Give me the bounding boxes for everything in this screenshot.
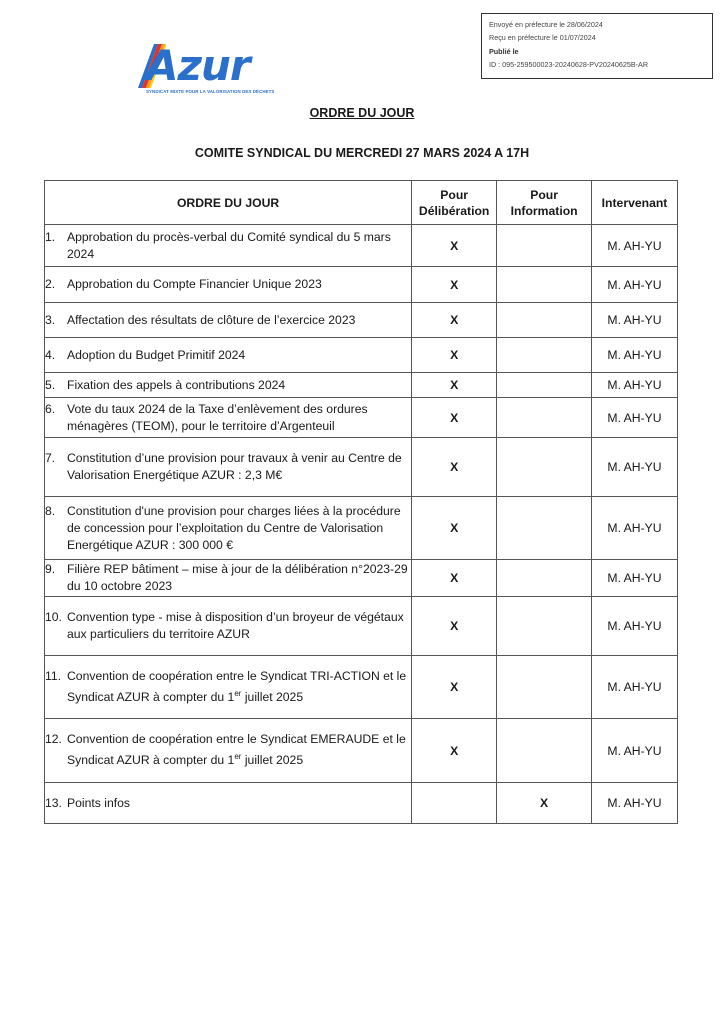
- header-agenda: ORDRE DU JOUR: [45, 181, 412, 225]
- header-information-line2: Information: [497, 203, 591, 219]
- speaker-cell: M. AH-YU: [592, 497, 678, 560]
- item-text: Convention de coopération entre le Syndi…: [67, 668, 411, 706]
- deliberation-cell: X: [412, 398, 497, 438]
- speaker-cell: M. AH-YU: [592, 373, 678, 398]
- table-row: 1.Approbation du procès-verbal du Comité…: [45, 225, 678, 267]
- item-text: Constitution d’une provision pour travau…: [67, 450, 411, 484]
- table-row: 7.Constitution d’une provision pour trav…: [45, 438, 678, 497]
- agenda-item: 8.Constitution d'une provision pour char…: [45, 497, 412, 560]
- agenda-item: 3.Affectation des résultats de clôture d…: [45, 303, 412, 338]
- speaker-cell: M. AH-YU: [592, 267, 678, 303]
- stamp-published: Publié le: [489, 45, 706, 58]
- information-cell: [497, 398, 592, 438]
- table-row: 5.Fixation des appels à contributions 20…: [45, 373, 678, 398]
- deliberation-cell: X: [412, 560, 497, 597]
- speaker-cell: M. AH-YU: [592, 783, 678, 824]
- item-text: Convention type - mise à disposition d’u…: [67, 609, 411, 643]
- speaker-cell: M. AH-YU: [592, 338, 678, 373]
- azur-logo: Azur SYNDICAT MIXTE POUR LA VALORISATION…: [136, 42, 276, 102]
- deliberation-cell: X: [412, 338, 497, 373]
- item-number: 7.: [45, 450, 67, 484]
- agenda-item: 1.Approbation du procès-verbal du Comité…: [45, 225, 412, 267]
- header-deliberation: Pour Délibération: [412, 181, 497, 225]
- information-cell: [497, 656, 592, 719]
- item-number: 10.: [45, 609, 67, 643]
- stamp-id: ID : 095-259500023-20240628-PV20240625B-…: [489, 58, 706, 71]
- table-row: 2.Approbation du Compte Financier Unique…: [45, 267, 678, 303]
- item-number: 1.: [45, 229, 67, 263]
- speaker-cell: M. AH-YU: [592, 656, 678, 719]
- speaker-cell: M. AH-YU: [592, 225, 678, 267]
- speaker-cell: M. AH-YU: [592, 438, 678, 497]
- item-number: 2.: [45, 276, 67, 293]
- item-text: Affectation des résultats de clôture de …: [67, 312, 355, 329]
- agenda-item: 10.Convention type - mise à disposition …: [45, 597, 412, 656]
- agenda-item: 2.Approbation du Compte Financier Unique…: [45, 267, 412, 303]
- deliberation-cell: X: [412, 719, 497, 783]
- item-text: Filière REP bâtiment – mise à jour de la…: [67, 561, 411, 595]
- table-row: 12.Convention de coopération entre le Sy…: [45, 719, 678, 783]
- table-row: 8.Constitution d'une provision pour char…: [45, 497, 678, 560]
- information-cell: [497, 719, 592, 783]
- agenda-item: 7.Constitution d’une provision pour trav…: [45, 438, 412, 497]
- item-number: 13.: [45, 795, 67, 812]
- agenda-item: 13.Points infos: [45, 783, 412, 824]
- information-cell: [497, 373, 592, 398]
- table-row: 11.Convention de coopération entre le Sy…: [45, 656, 678, 719]
- table-row: 6.Vote du taux 2024 de la Taxe d’enlèvem…: [45, 398, 678, 438]
- table-row: 10.Convention type - mise à disposition …: [45, 597, 678, 656]
- header-information: Pour Information: [497, 181, 592, 225]
- table-row: 13.Points infosXM. AH-YU: [45, 783, 678, 824]
- header-speaker: Intervenant: [592, 181, 678, 225]
- page-title: ORDRE DU JOUR: [0, 106, 724, 120]
- information-cell: [497, 560, 592, 597]
- table-row: 9.Filière REP bâtiment – mise à jour de …: [45, 560, 678, 597]
- item-text: Approbation du procès-verbal du Comité s…: [67, 229, 411, 263]
- information-cell: [497, 438, 592, 497]
- deliberation-cell: X: [412, 497, 497, 560]
- speaker-cell: M. AH-YU: [592, 398, 678, 438]
- meeting-subtitle: COMITE SYNDICAL DU MERCREDI 27 MARS 2024…: [0, 146, 724, 160]
- item-text: Constitution d'une provision pour charge…: [67, 503, 411, 554]
- item-text: Convention de coopération entre le Syndi…: [67, 731, 411, 769]
- information-cell: [497, 303, 592, 338]
- agenda-item: 5.Fixation des appels à contributions 20…: [45, 373, 412, 398]
- header-information-line1: Pour: [497, 187, 591, 203]
- table-row: 3.Affectation des résultats de clôture d…: [45, 303, 678, 338]
- logo-tagline: SYNDICAT MIXTE POUR LA VALORISATION DES …: [146, 89, 274, 94]
- stamp-sent: Envoyé en préfecture le 28/06/2024: [489, 18, 706, 31]
- header-deliberation-line2: Délibération: [412, 203, 496, 219]
- stamp-received: Reçu en préfecture le 01/07/2024: [489, 31, 706, 44]
- information-cell: [497, 338, 592, 373]
- table-header-row: ORDRE DU JOUR Pour Délibération Pour Inf…: [45, 181, 678, 225]
- agenda-table: ORDRE DU JOUR Pour Délibération Pour Inf…: [44, 180, 678, 824]
- item-text: Vote du taux 2024 de la Taxe d’enlèvemen…: [67, 401, 411, 435]
- deliberation-cell: X: [412, 438, 497, 497]
- speaker-cell: M. AH-YU: [592, 560, 678, 597]
- agenda-item: 6.Vote du taux 2024 de la Taxe d’enlèvem…: [45, 398, 412, 438]
- agenda-item: 12.Convention de coopération entre le Sy…: [45, 719, 412, 783]
- prefecture-stamp: Envoyé en préfecture le 28/06/2024 Reçu …: [481, 13, 713, 79]
- information-cell: [497, 225, 592, 267]
- item-number: 5.: [45, 377, 67, 394]
- deliberation-cell: [412, 783, 497, 824]
- agenda-item: 4.Adoption du Budget Primitif 2024: [45, 338, 412, 373]
- item-number: 6.: [45, 401, 67, 435]
- deliberation-cell: X: [412, 656, 497, 719]
- item-number: 9.: [45, 561, 67, 595]
- speaker-cell: M. AH-YU: [592, 597, 678, 656]
- item-number: 12.: [45, 731, 67, 769]
- information-cell: [497, 267, 592, 303]
- item-text: Fixation des appels à contributions 2024: [67, 377, 285, 394]
- information-cell: [497, 497, 592, 560]
- item-number: 4.: [45, 347, 67, 364]
- item-text: Approbation du Compte Financier Unique 2…: [67, 276, 322, 293]
- item-number: 11.: [45, 668, 67, 706]
- agenda-item: 11.Convention de coopération entre le Sy…: [45, 656, 412, 719]
- speaker-cell: M. AH-YU: [592, 303, 678, 338]
- item-number: 8.: [45, 503, 67, 554]
- speaker-cell: M. AH-YU: [592, 719, 678, 783]
- logo-wordmark: Azur: [146, 42, 250, 90]
- item-text: Adoption du Budget Primitif 2024: [67, 347, 245, 364]
- information-cell: X: [497, 783, 592, 824]
- deliberation-cell: X: [412, 225, 497, 267]
- deliberation-cell: X: [412, 597, 497, 656]
- deliberation-cell: X: [412, 303, 497, 338]
- deliberation-cell: X: [412, 373, 497, 398]
- item-text: Points infos: [67, 795, 130, 812]
- table-row: 4.Adoption du Budget Primitif 2024XM. AH…: [45, 338, 678, 373]
- header-deliberation-line1: Pour: [412, 187, 496, 203]
- information-cell: [497, 597, 592, 656]
- item-number: 3.: [45, 312, 67, 329]
- agenda-item: 9.Filière REP bâtiment – mise à jour de …: [45, 560, 412, 597]
- deliberation-cell: X: [412, 267, 497, 303]
